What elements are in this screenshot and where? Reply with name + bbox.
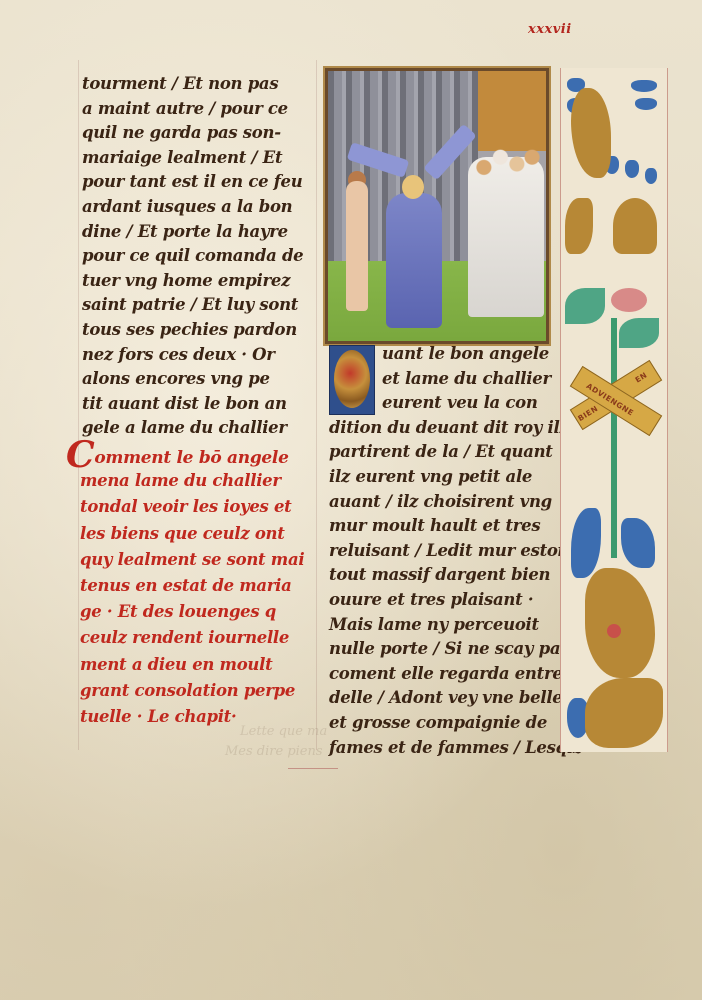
text-line: delle / Adont vey vne belle <box>329 686 559 711</box>
text-line: et lame du challier <box>329 367 559 392</box>
gold-monogram-letter <box>565 198 593 254</box>
gold-background <box>478 71 546 151</box>
text-line: pour ce quil comanda de <box>82 244 314 269</box>
text-line: et grosse compaignie de <box>329 711 559 736</box>
gold-monogram-letter <box>613 198 657 254</box>
gold-acanthus-icon <box>585 678 663 748</box>
text-line: tous ses pechies pardon <box>82 318 314 343</box>
show-through-text: Lette que ma <box>240 724 327 739</box>
text-line: gele a lame du challier <box>82 416 314 441</box>
text-line: partirent de la / Et quant <box>329 440 559 465</box>
crowd-heads <box>474 147 540 181</box>
rubric-text: omment le bō angele <box>94 448 288 468</box>
folio-number: xxxvii <box>528 22 572 37</box>
bellflower-icon <box>625 160 639 178</box>
rubric-line: tenus en estat de maria <box>66 573 316 599</box>
angel-head <box>402 175 424 199</box>
miniature-painting <box>325 68 549 344</box>
plant-stem <box>611 318 617 558</box>
bellflower-icon <box>631 80 657 92</box>
manuscript-page: xxxvii tourment / Et non pas a maint aut… <box>0 0 702 1000</box>
soul-figure <box>346 181 368 311</box>
text-line: tuer vng home empirez <box>82 269 314 294</box>
left-text-column: tourment / Et non pas a maint autre / po… <box>82 72 314 441</box>
rubric-line: grant consolation perpe <box>66 678 316 704</box>
green-leaf-icon <box>565 288 605 324</box>
text-line: dition du deuant dit roy ilz <box>329 416 559 441</box>
rubric-line: quy lealment se sont mai <box>66 547 316 573</box>
text-line: a maint autre / pour ce <box>82 97 314 122</box>
text-line: auant / ilz choisirent vng <box>329 490 559 515</box>
text-line: nulle porte / Si ne scay pas <box>329 637 559 662</box>
text-line: mur moult hault et tres <box>329 514 559 539</box>
rubric-line: ment a dieu en moult <box>66 652 316 678</box>
text-line: pour tant est il en ce feu <box>82 170 314 195</box>
right-text-column: uant le bon angele et lame du challier e… <box>329 342 559 760</box>
text-line: ilz eurent vng petit ale <box>329 465 559 490</box>
text-line: nez fors ces deux · Or <box>82 343 314 368</box>
bellflower-icon <box>635 98 657 110</box>
white-robed-crowd <box>468 157 544 317</box>
acanthus-leaf-icon <box>571 88 611 178</box>
bellflower-icon <box>645 168 657 184</box>
ruling-line <box>316 60 317 750</box>
blue-acanthus-icon <box>621 518 655 568</box>
text-line: ardant iusques a la bon <box>82 195 314 220</box>
motto-scroll: ADVIENGNE BIEN EN <box>569 363 661 433</box>
rubric-line: mena lame du challier <box>66 468 316 494</box>
rubric-line: Comment le bō angele <box>66 442 316 468</box>
text-line: saint patrie / Et luy sont <box>82 293 314 318</box>
decorated-border: ADVIENGNE BIEN EN <box>560 68 668 752</box>
text-line: reluisant / Ledit mur estoit <box>329 539 559 564</box>
text-line: eurent veu la con <box>329 391 559 416</box>
rubric-line: ceulz rendent iournelle <box>66 625 316 651</box>
ruling-line <box>288 768 338 769</box>
pansy-flower-icon <box>611 288 647 312</box>
angel-figure <box>386 193 442 328</box>
text-line: uant le bon angele <box>329 342 559 367</box>
text-line: tourment / Et non pas <box>82 72 314 97</box>
text-line: quil ne garda pas son- <box>82 121 314 146</box>
text-line: fames et de fammes / Lesqlz <box>329 736 559 761</box>
text-line: tout massif dargent bien <box>329 563 559 588</box>
rubric-line: les biens que ceulz ont <box>66 521 316 547</box>
text-line: ouure et tres plaisant · <box>329 588 559 613</box>
text-line: mariaige lealment / Et <box>82 146 314 171</box>
blue-acanthus-icon <box>571 508 601 578</box>
text-line: tit auant dist le bon an <box>82 392 314 417</box>
text-line: alons encores vng pe <box>82 367 314 392</box>
text-line: coment elle regarda entre <box>329 662 559 687</box>
rubric-line: tondal veoir les ioyes et <box>66 494 316 520</box>
gold-acanthus-icon <box>585 568 655 678</box>
show-through-text: Mes dire piens <box>225 744 323 759</box>
text-line: dine / Et porte la hayre <box>82 220 314 245</box>
red-flower-icon <box>607 624 621 638</box>
green-leaf-icon <box>619 318 659 348</box>
text-line: Mais lame ny perceuoit <box>329 613 559 638</box>
chapter-rubric: Comment le bō angele mena lame du challi… <box>66 442 316 730</box>
rubric-line: ge · Et des louenges q <box>66 599 316 625</box>
